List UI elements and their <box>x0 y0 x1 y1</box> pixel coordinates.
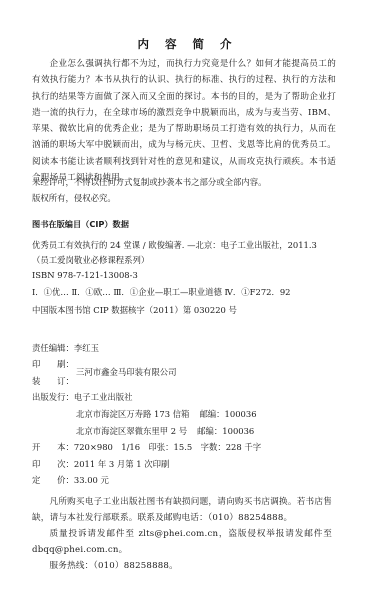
publisher-name: 电子工业出版社 <box>74 392 133 402</box>
cip-library-record: 中国版本图书馆 CIP 数据核字（2011）第 030220 号 <box>32 304 352 316</box>
publisher-row: 出版发行：电子工业出版社 <box>32 391 352 403</box>
intro-paragraph: 企业怎么强调执行都不为过，而执行力究竟是什么？如何才能提高员工的有效执行能力？本… <box>32 56 336 186</box>
format-value: 720×980 1/16 印张：15.5 字数：228 千字 <box>74 442 261 452</box>
format-label: 开 本： <box>32 442 74 452</box>
editor-name: 李红玉 <box>74 343 99 353</box>
binding-label: 装 订： <box>32 376 74 386</box>
address-row-2: 北京市海淀区翠微东里甲 2 号邮编：100036 <box>76 425 375 437</box>
print-label: 印 刷： <box>32 359 74 369</box>
notice-paragraph-3: 服务热线：（010）88258888。 <box>32 558 332 574</box>
publisher-label: 出版发行： <box>32 392 74 402</box>
postcode-2: 邮编：100036 <box>197 426 254 436</box>
postcode-1: 邮编：100036 <box>199 409 256 419</box>
binding-row: 装 订： <box>32 375 352 387</box>
editor-row: 责任编辑：李红玉 <box>32 342 352 354</box>
editor-label: 责任编辑： <box>32 343 74 353</box>
rights-reserved: 版权所有，侵权必究。 <box>32 192 352 204</box>
page-title: 内 容 简 介 <box>0 36 375 52</box>
cip-heading: 图书在版编目（CIP）数据 <box>32 218 352 230</box>
copyright-page: 内 容 简 介 企业怎么强调执行都不为过，而执行力究竟是什么？如何才能提高员工的… <box>0 0 375 591</box>
copyright-notice: 未经许可，不得以任何方式复制或抄袭本书之部分或全部内容。 <box>32 176 352 188</box>
cip-classification: Ⅰ．①优… Ⅱ．①欧… Ⅲ．①企业—职工—职业道德 Ⅳ．①F272．92 <box>32 286 352 298</box>
cip-series: （员工爱岗敬业必修课程系列） <box>32 254 352 266</box>
cip-title-line: 优秀员工有效执行的 24 堂课 / 欧俊编著. —北京：电子工业出版社，2011… <box>32 239 352 251</box>
address-1: 北京市海淀区万寿路 173 信箱 <box>76 409 189 419</box>
impression-value: 2011 年 3 月第 1 次印刷 <box>74 459 170 469</box>
address-2: 北京市海淀区翠微东里甲 2 号 <box>76 426 187 436</box>
impression-label: 印 次： <box>32 459 74 469</box>
notice-paragraph-2: 质量投诉请发邮件至 zlts@phei.com.cn，盗版侵权举报请发邮件至 d… <box>32 526 332 559</box>
price-value: 33.00 元 <box>74 475 109 485</box>
price-row: 定 价：33.00 元 <box>32 474 352 486</box>
notice-paragraph-1: 凡所购买电子工业出版社图书有缺损问题，请向购买书店调换。若书店售缺，请与本社发行… <box>32 494 332 527</box>
address-row-1: 北京市海淀区万寿路 173 信箱邮编：100036 <box>76 408 375 420</box>
cip-isbn: ISBN 978-7-121-13008-3 <box>32 269 352 281</box>
price-label: 定 价： <box>32 475 74 485</box>
format-row: 开 本：720×980 1/16 印张：15.5 字数：228 千字 <box>32 441 352 453</box>
impression-row: 印 次：2011 年 3 月第 1 次印刷 <box>32 458 352 470</box>
